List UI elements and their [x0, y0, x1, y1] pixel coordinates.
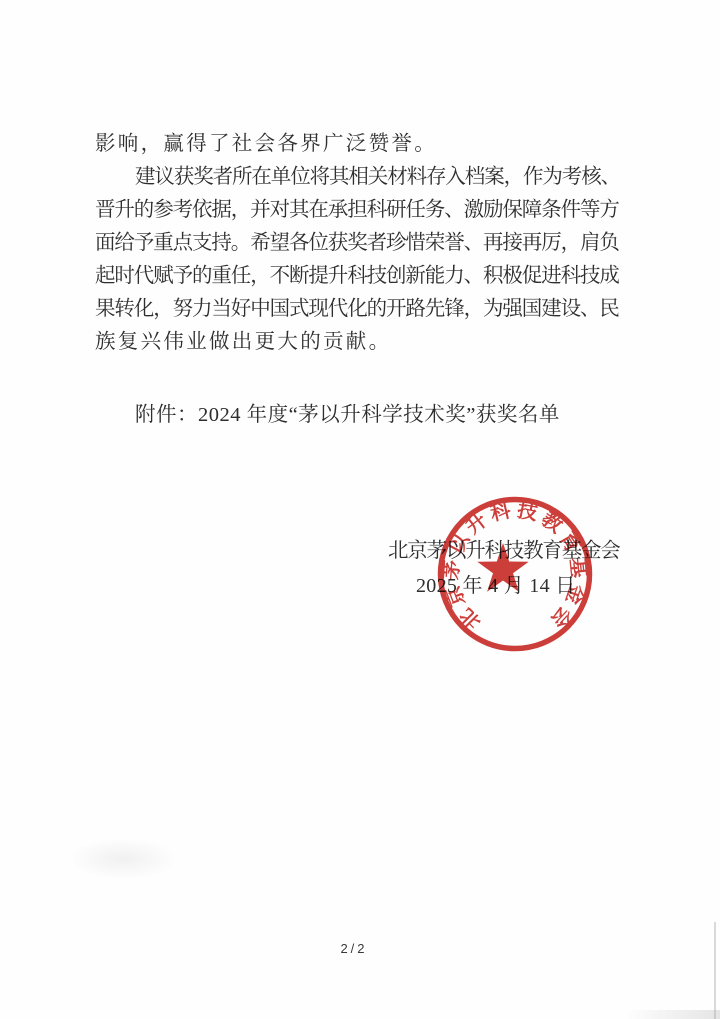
- body-line: 果转化，努力当好中国式现代化的开路先锋，为强国建设、民: [95, 293, 622, 326]
- letter-body: 影响，赢得了社会各界广泛赞誉。 建议获奖者所在单位将其相关材料存入档案，作为考核…: [95, 128, 622, 359]
- seal-star-icon: [477, 543, 528, 592]
- body-line: 起时代赋予的重任，不断提升科技创新能力、积极促进科技成: [95, 260, 622, 293]
- body-line: 面给予重点支持。希望各位获奖者珍惜荣誉、再接再厉，肩负: [95, 227, 622, 260]
- attachment-line: 附件：2024 年度“茅以升科学技术奖”获奖名单: [95, 399, 560, 432]
- document-page: 影响，赢得了社会各界广泛赞誉。 建议获奖者所在单位将其相关材料存入档案，作为考核…: [0, 0, 720, 1019]
- body-line: 影响，赢得了社会各界广泛赞誉。: [95, 128, 622, 161]
- scan-artifact-bottom-smudge: [625, 1010, 720, 1019]
- official-seal-stamp: 北京茅以升科技教育基金会: [435, 494, 595, 654]
- body-line: 晋升的参考依据，并对其在承担科研任务、激励保障条件等方: [95, 194, 622, 227]
- body-line: 族复兴伟业做出更大的贡献。: [95, 326, 622, 359]
- body-line: 建议获奖者所在单位将其相关材料存入档案，作为考核、: [95, 161, 622, 194]
- page-number: 2/2: [322, 941, 386, 956]
- scan-artifact-left-blob: [68, 838, 178, 880]
- scan-artifact-right-line: [714, 922, 716, 1019]
